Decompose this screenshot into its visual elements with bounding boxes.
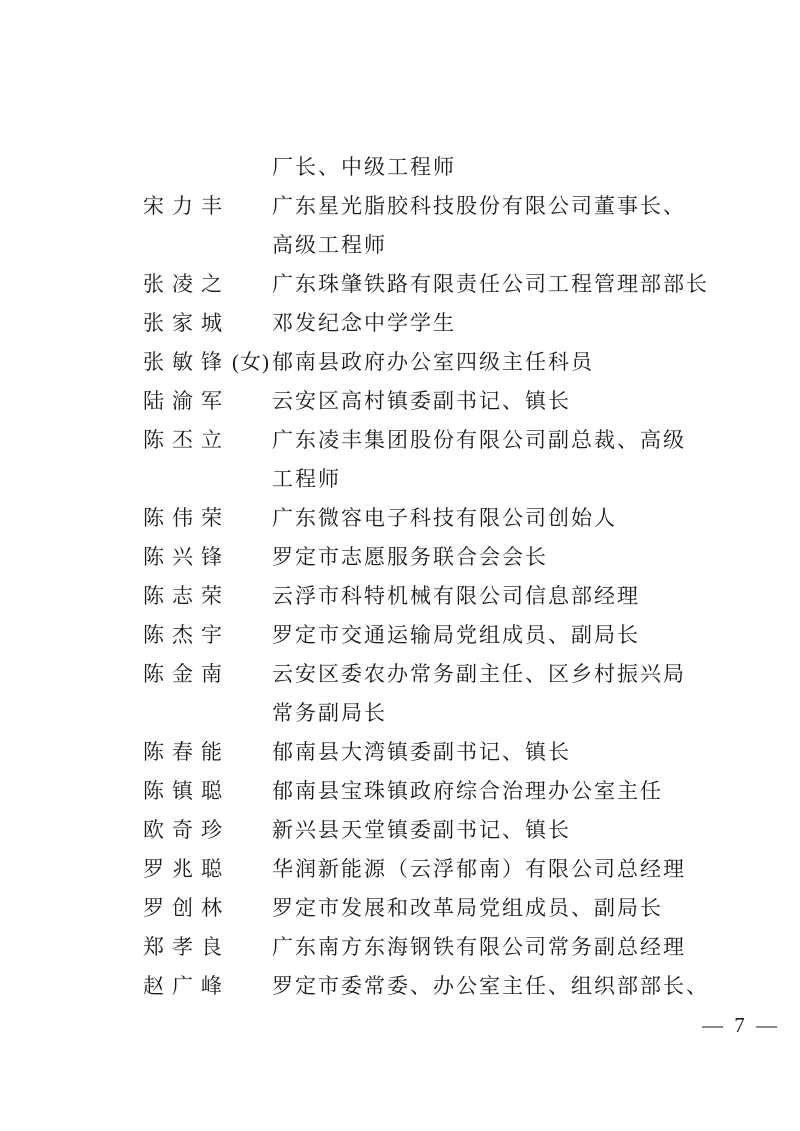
- person-title-line: 广东微容电子科技有限公司创始人: [272, 499, 695, 538]
- list-entry: 陈杰宇 罗定市交通运输局党组成员、副局长: [143, 616, 695, 655]
- person-name-text: 陆渝军: [143, 389, 230, 413]
- person-title: 新兴县天堂镇委副书记、镇长: [272, 811, 695, 850]
- person-name-text: 陈杰宇: [143, 623, 230, 647]
- person-title: 广东南方东海钢铁有限公司常务副总经理: [272, 928, 695, 967]
- person-name: 罗兆聪: [143, 850, 272, 889]
- gender-note: (女): [232, 350, 270, 374]
- person-title-line: 罗定市交通运输局党组成员、副局长: [272, 616, 695, 655]
- person-name-text: 陈丕立: [143, 428, 230, 452]
- page-number: — 7 —: [0, 1006, 800, 1045]
- list-entry: 赵广峰 罗定市委常委、办公室主任、组织部部长、: [143, 967, 695, 1006]
- list-entry: 陈伟荣 广东微容电子科技有限公司创始人: [143, 499, 695, 538]
- person-name: 陈丕立: [143, 421, 272, 460]
- document-page: 厂长、中级工程师 宋力丰 广东星光脂胶科技股份有限公司董事长、高级工程师 张凌之…: [0, 0, 800, 1131]
- person-title-line: 罗定市发展和改革局党组成员、副局长: [272, 889, 695, 928]
- list-entry: 陈镇聪 郁南县宝珠镇政府综合治理办公室主任: [143, 772, 695, 811]
- person-title: 邓发纪念中学学生: [272, 304, 695, 343]
- person-name: 宋力丰: [143, 187, 272, 226]
- person-title: 云安区委农办常务副主任、区乡村振兴局常务副局长: [272, 655, 695, 733]
- list-entry: 宋力丰 广东星光脂胶科技股份有限公司董事长、高级工程师: [143, 187, 695, 265]
- person-name-text: 陈春能: [143, 740, 230, 764]
- person-title-line: 罗定市志愿服务联合会会长: [272, 538, 695, 577]
- person-name-text: 赵广峰: [143, 974, 230, 998]
- person-name: 赵广峰: [143, 967, 272, 1006]
- person-title: 华润新能源（云浮郁南）有限公司总经理: [272, 850, 695, 889]
- person-title-line: 厂长、中级工程师: [272, 148, 695, 187]
- person-name: 陈金南: [143, 655, 272, 694]
- list-entry: 张凌之 广东珠肇铁路有限责任公司工程管理部部长: [143, 265, 695, 304]
- person-title: 厂长、中级工程师: [272, 148, 695, 187]
- list-entry: 郑孝良 广东南方东海钢铁有限公司常务副总经理: [143, 928, 695, 967]
- person-name-text: 欧奇珍: [143, 818, 230, 842]
- person-name-text: 陈兴锋: [143, 545, 230, 569]
- list-entry: 陈兴锋 罗定市志愿服务联合会会长: [143, 538, 695, 577]
- person-name-text: 陈伟荣: [143, 506, 230, 530]
- person-title-line: 高级工程师: [272, 226, 695, 265]
- person-name: 陈镇聪: [143, 772, 272, 811]
- person-name: 陈兴锋: [143, 538, 272, 577]
- person-title: 郁南县政府办公室四级主任科员: [272, 343, 695, 382]
- list-entry: 陈志荣 云浮市科特机械有限公司信息部经理: [143, 577, 695, 616]
- person-name: 张家城: [143, 304, 272, 343]
- person-title: 罗定市委常委、办公室主任、组织部部长、: [272, 967, 709, 1006]
- person-title: 罗定市志愿服务联合会会长: [272, 538, 695, 577]
- person-title: 郁南县大湾镇委副书记、镇长: [272, 733, 695, 772]
- list-entry: 罗创林 罗定市发展和改革局党组成员、副局长: [143, 889, 695, 928]
- person-title-line: 云安区高村镇委副书记、镇长: [272, 382, 695, 421]
- person-name: 陈志荣: [143, 577, 272, 616]
- person-title: 郁南县宝珠镇政府综合治理办公室主任: [272, 772, 695, 811]
- person-name: 陆渝军: [143, 382, 272, 421]
- person-title-line: 华润新能源（云浮郁南）有限公司总经理: [272, 850, 695, 889]
- person-title-line: 广东珠肇铁路有限责任公司工程管理部部长: [272, 265, 709, 304]
- person-name-text: 郑孝良: [143, 935, 230, 959]
- person-title: 广东凌丰集团股份有限公司副总裁、高级工程师: [272, 421, 695, 499]
- person-name: 陈杰宇: [143, 616, 272, 655]
- person-title-line: 常务副局长: [272, 694, 695, 733]
- list-entry: 陆渝军 云安区高村镇委副书记、镇长: [143, 382, 695, 421]
- person-title-line: 广东星光脂胶科技股份有限公司董事长、: [272, 187, 695, 226]
- person-title-line: 云安区委农办常务副主任、区乡村振兴局: [272, 655, 695, 694]
- person-title-line: 新兴县天堂镇委副书记、镇长: [272, 811, 695, 850]
- person-title: 广东珠肇铁路有限责任公司工程管理部部长: [272, 265, 709, 304]
- person-title: 广东微容电子科技有限公司创始人: [272, 499, 695, 538]
- person-title-line: 广东凌丰集团股份有限公司副总裁、高级: [272, 421, 695, 460]
- list-entry: 张敏锋(女) 郁南县政府办公室四级主任科员: [143, 343, 695, 382]
- list-entry: 罗兆聪 华润新能源（云浮郁南）有限公司总经理: [143, 850, 695, 889]
- person-title: 云安区高村镇委副书记、镇长: [272, 382, 695, 421]
- list-entry: 厂长、中级工程师: [143, 148, 695, 187]
- list-entry: 陈丕立 广东凌丰集团股份有限公司副总裁、高级工程师: [143, 421, 695, 499]
- person-name-text: 张凌之: [143, 272, 230, 296]
- person-name-text: 陈金南: [143, 662, 230, 686]
- person-name-text: 陈志荣: [143, 584, 230, 608]
- list-entry: 张家城 邓发纪念中学学生: [143, 304, 695, 343]
- person-title-line: 郁南县政府办公室四级主任科员: [272, 343, 695, 382]
- person-name: [143, 148, 272, 187]
- person-title-line: 云浮市科特机械有限公司信息部经理: [272, 577, 695, 616]
- award-name-list: 厂长、中级工程师 宋力丰 广东星光脂胶科技股份有限公司董事长、高级工程师 张凌之…: [0, 0, 800, 1006]
- person-title-line: 郁南县宝珠镇政府综合治理办公室主任: [272, 772, 695, 811]
- list-entry: 陈金南 云安区委农办常务副主任、区乡村振兴局常务副局长: [143, 655, 695, 733]
- person-title-line: 邓发纪念中学学生: [272, 304, 695, 343]
- person-name: 郑孝良: [143, 928, 272, 967]
- person-title: 广东星光脂胶科技股份有限公司董事长、高级工程师: [272, 187, 695, 265]
- person-title: 云浮市科特机械有限公司信息部经理: [272, 577, 695, 616]
- person-title: 罗定市发展和改革局党组成员、副局长: [272, 889, 695, 928]
- person-name-text: 陈镇聪: [143, 779, 230, 803]
- person-name-text: 罗兆聪: [143, 857, 230, 881]
- person-name: 陈春能: [143, 733, 272, 772]
- person-name: 欧奇珍: [143, 811, 272, 850]
- person-name: 张敏锋(女): [143, 343, 272, 382]
- person-name-text: 罗创林: [143, 896, 230, 920]
- person-title-line: 罗定市委常委、办公室主任、组织部部长、: [272, 967, 709, 1006]
- person-title-line: 工程师: [272, 460, 695, 499]
- person-name-text: 张敏锋: [143, 350, 230, 374]
- person-name-text: 宋力丰: [143, 194, 230, 218]
- person-name: 陈伟荣: [143, 499, 272, 538]
- person-title-line: 郁南县大湾镇委副书记、镇长: [272, 733, 695, 772]
- person-name: 罗创林: [143, 889, 272, 928]
- list-entry: 欧奇珍 新兴县天堂镇委副书记、镇长: [143, 811, 695, 850]
- person-title-line: 广东南方东海钢铁有限公司常务副总经理: [272, 928, 695, 967]
- person-title: 罗定市交通运输局党组成员、副局长: [272, 616, 695, 655]
- person-name: 张凌之: [143, 265, 272, 304]
- list-entry: 陈春能 郁南县大湾镇委副书记、镇长: [143, 733, 695, 772]
- person-name-text: 张家城: [143, 311, 230, 335]
